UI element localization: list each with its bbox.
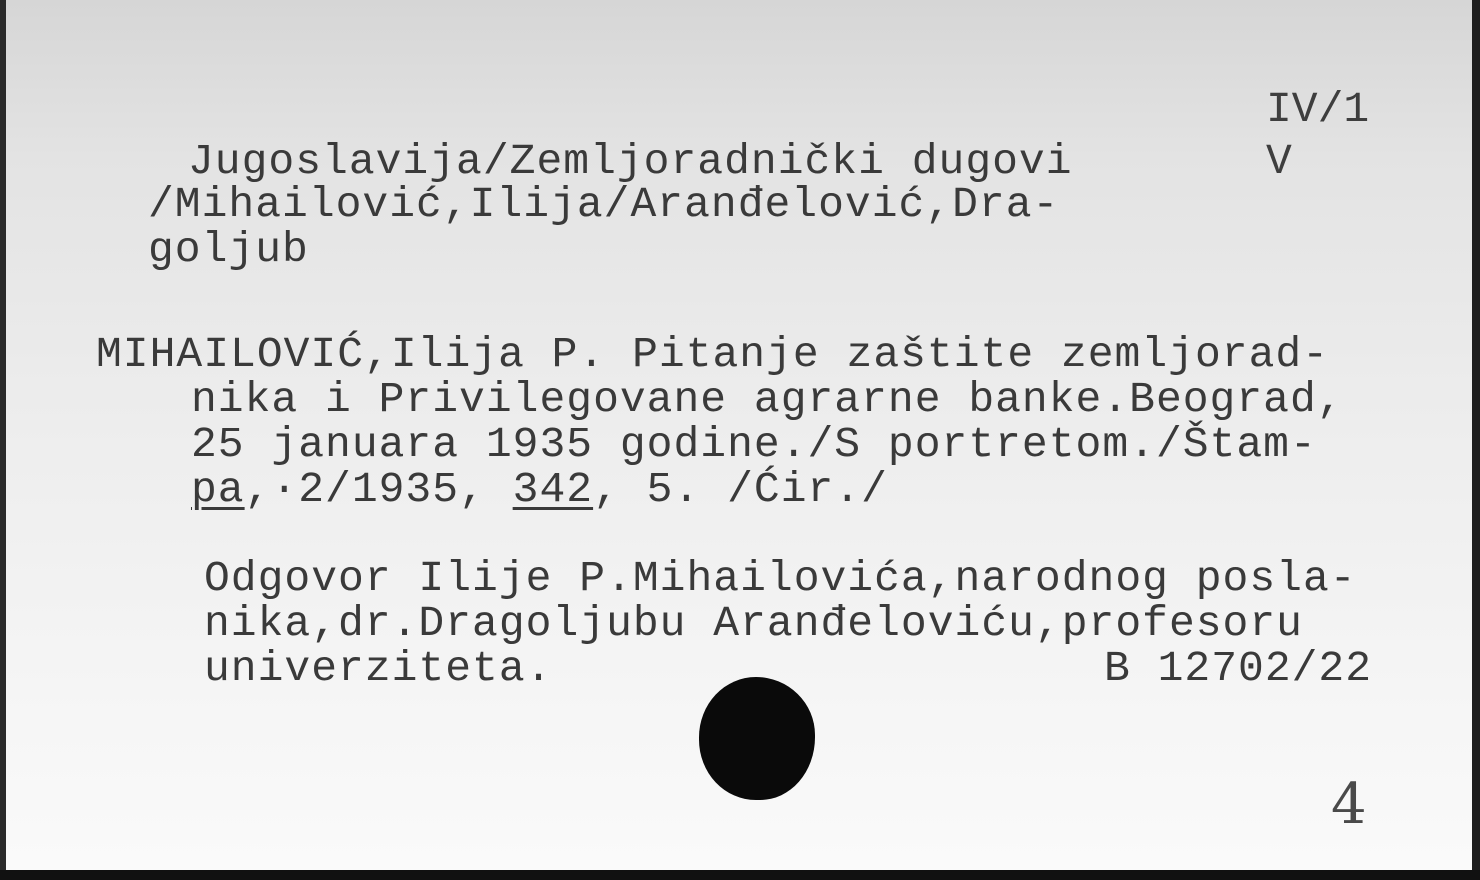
subject-heading-line-3: goljub [148, 228, 309, 271]
main-entry-line-2: nika i Privilegovane agrarne banke.Beogr… [191, 378, 1344, 421]
source-page: 342 [513, 465, 593, 514]
classification-subcode: V [1266, 140, 1292, 183]
annotation-line-2: nika,dr.Dragoljubu Aranđeloviću,profesor… [204, 602, 1303, 645]
source-issue: ,·2/1935, [245, 465, 513, 514]
annotation-line-3: univerziteta. [204, 647, 552, 690]
call-number: B 12702/22 [1104, 647, 1372, 690]
classification-code: IV/1 [1266, 88, 1369, 131]
card-edge-right [1472, 0, 1480, 880]
source-line: pa,·2/1935, 342, 5. /Ćir./ [191, 468, 888, 511]
handwritten-number: 4 [1331, 772, 1367, 837]
subject-heading-line-2: /Mihailović,Ilija/Aranđelović,Dra- [148, 183, 1059, 226]
author-name: MIHAILOVIĆ,Ilija P. [96, 330, 605, 379]
annotation-line-1: Odgovor Ilije P.Mihailovića,narodnog pos… [204, 557, 1357, 600]
main-entry-line-1: MIHAILOVIĆ,Ilija P. Pitanje zaštite zeml… [96, 333, 1329, 376]
punch-hole [699, 677, 815, 800]
card-edge-bottom [0, 870, 1480, 880]
subject-heading-line-1: Jugoslavija/Zemljoradnički dugovi [188, 140, 1073, 183]
source-journal: pa [191, 465, 245, 514]
main-entry-line-3: 25 januara 1935 godine./S portretom./Šta… [191, 423, 1317, 466]
title-start: Pitanje zaštite zemljorad- [605, 330, 1329, 379]
source-rest: , 5. /Ćir./ [593, 465, 888, 514]
catalog-card: Jugoslavija/Zemljoradnički dugovi /Mihai… [0, 0, 1472, 870]
